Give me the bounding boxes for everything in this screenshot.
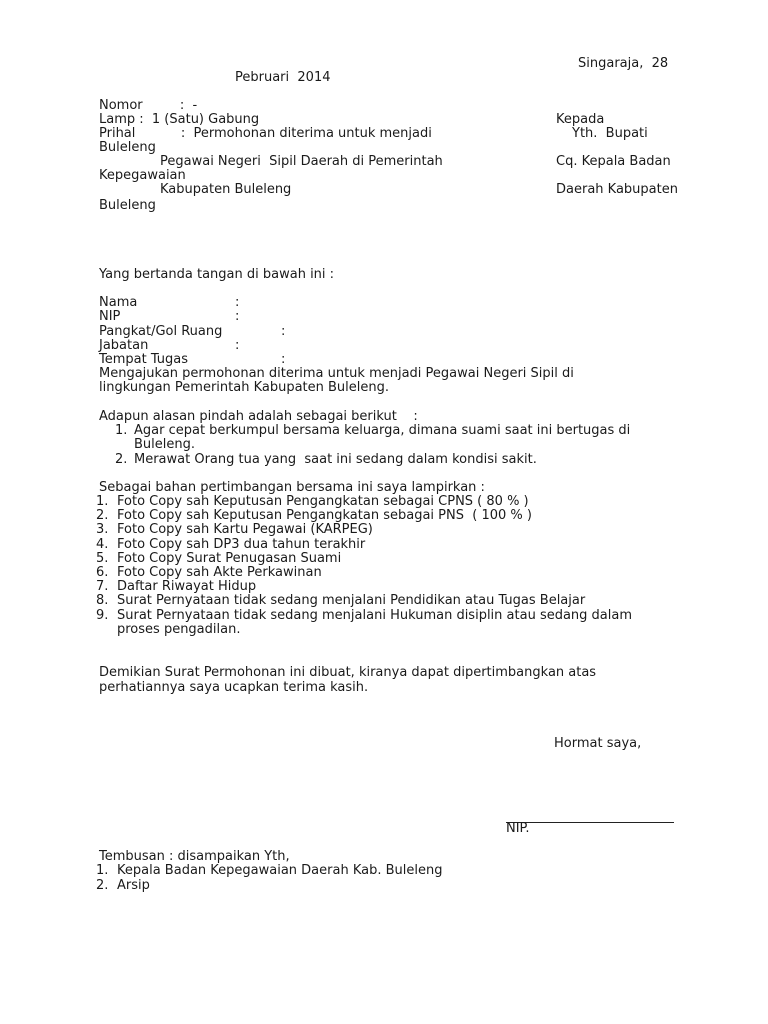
date-city: Singaraja, 28 xyxy=(578,57,668,71)
recipient-kepada: Kepada xyxy=(556,113,604,127)
attachment-8-text: Surat Pernyataan tidak sedang menjalani … xyxy=(117,594,585,608)
field-jabatan-label: Jabatan xyxy=(99,339,148,353)
prihal-line-2: Pegawai Negeri Sipil Daerah di Pemerinta… xyxy=(160,155,443,169)
attachment-1-text: Foto Copy sah Keputusan Pengangkatan seb… xyxy=(117,495,529,509)
attachment-9-text: Surat Pernyataan tidak sedang menjalani … xyxy=(117,609,632,623)
reason-2-num: 2. xyxy=(115,453,127,467)
recipient-cq: Cq. Kepala Badan xyxy=(556,155,671,169)
lamp-line: Lamp : 1 (Satu) Gabung xyxy=(99,113,259,127)
signature-nip: NIP. xyxy=(506,822,530,836)
attachment-5-text: Foto Copy Surat Penugasan Suami xyxy=(117,552,341,566)
attachment-2-text: Foto Copy sah Keputusan Pengangkatan seb… xyxy=(117,509,532,523)
recipient-daerah: Daerah Kabupaten xyxy=(556,183,678,197)
reason-1-text-wrap: Buleleng. xyxy=(134,438,195,452)
attachment-7-text: Daftar Riwayat Hidup xyxy=(117,580,256,594)
field-tempat-tugas-label: Tempat Tugas xyxy=(99,353,188,367)
field-nip-colon: : xyxy=(235,310,239,324)
reason-2-text: Merawat Orang tua yang saat ini sedang d… xyxy=(134,453,537,467)
attachment-7-num: 7. xyxy=(96,580,108,594)
attachment-4-text: Foto Copy sah DP3 dua tahun terakhir xyxy=(117,538,365,552)
cc-1-text: Kepala Badan Kepegawaian Daerah Kab. Bul… xyxy=(117,864,442,878)
cc-2-text: Arsip xyxy=(117,879,150,893)
date-month-year: Pebruari 2014 xyxy=(235,71,330,85)
reason-1-text: Agar cepat berkumpul bersama keluarga, d… xyxy=(134,424,630,438)
intro-text: Yang bertanda tangan di bawah ini : xyxy=(99,268,334,282)
cc-1-num: 1. xyxy=(96,864,108,878)
prihal-wrap: Buleleng xyxy=(99,141,156,155)
prihal-wrap-3: Buleleng xyxy=(99,199,156,213)
attachment-5-num: 5. xyxy=(96,552,108,566)
attachment-9-text-wrap: proses pengadilan. xyxy=(117,623,240,637)
closing-line-1: Demikian Surat Permohonan ini dibuat, ki… xyxy=(99,666,596,680)
attachment-9-num: 9. xyxy=(96,609,108,623)
attachment-6-text: Foto Copy sah Akte Perkawinan xyxy=(117,566,322,580)
field-pangkat-label: Pangkat/Gol Ruang xyxy=(99,325,222,339)
request-line-1: Mengajukan permohonan diterima untuk men… xyxy=(99,367,574,381)
prihal-line-3: Kabupaten Buleleng xyxy=(160,183,291,197)
field-pangkat-colon: : xyxy=(281,325,285,339)
field-jabatan-colon: : xyxy=(235,339,239,353)
attachment-1-num: 1. xyxy=(96,495,108,509)
reasons-heading: Adapun alasan pindah adalah sebagai beri… xyxy=(99,410,418,424)
reason-1-num: 1. xyxy=(115,424,127,438)
field-tempat-tugas-colon: : xyxy=(281,353,285,367)
nomor-line: Nomor : - xyxy=(99,99,197,113)
field-nip-label: NIP xyxy=(99,310,120,324)
signature-salutation: Hormat saya, xyxy=(554,737,641,751)
attachment-3-num: 3. xyxy=(96,523,108,537)
attachment-8-num: 8. xyxy=(96,594,108,608)
attachments-heading: Sebagai bahan pertimbangan bersama ini s… xyxy=(99,481,485,495)
attachment-3-text: Foto Copy sah Kartu Pegawai (KARPEG) xyxy=(117,523,373,537)
attachment-2-num: 2. xyxy=(96,509,108,523)
closing-line-2: perhatiannya saya ucapkan terima kasih. xyxy=(99,681,368,695)
prihal-line: Prihal : Permohonan diterima untuk menja… xyxy=(99,127,432,141)
attachment-4-num: 4. xyxy=(96,538,108,552)
attachment-6-num: 6. xyxy=(96,566,108,580)
recipient-yth: Yth. Bupati xyxy=(572,127,648,141)
field-nama-colon: : xyxy=(235,296,239,310)
field-nama-label: Nama xyxy=(99,296,137,310)
cc-2-num: 2. xyxy=(96,879,108,893)
cc-heading: Tembusan : disampaikan Yth, xyxy=(99,850,290,864)
prihal-wrap-2: Kepegawaian xyxy=(99,169,186,183)
request-line-2: lingkungan Pemerintah Kabupaten Buleleng… xyxy=(99,381,389,395)
signature-line xyxy=(506,822,674,823)
